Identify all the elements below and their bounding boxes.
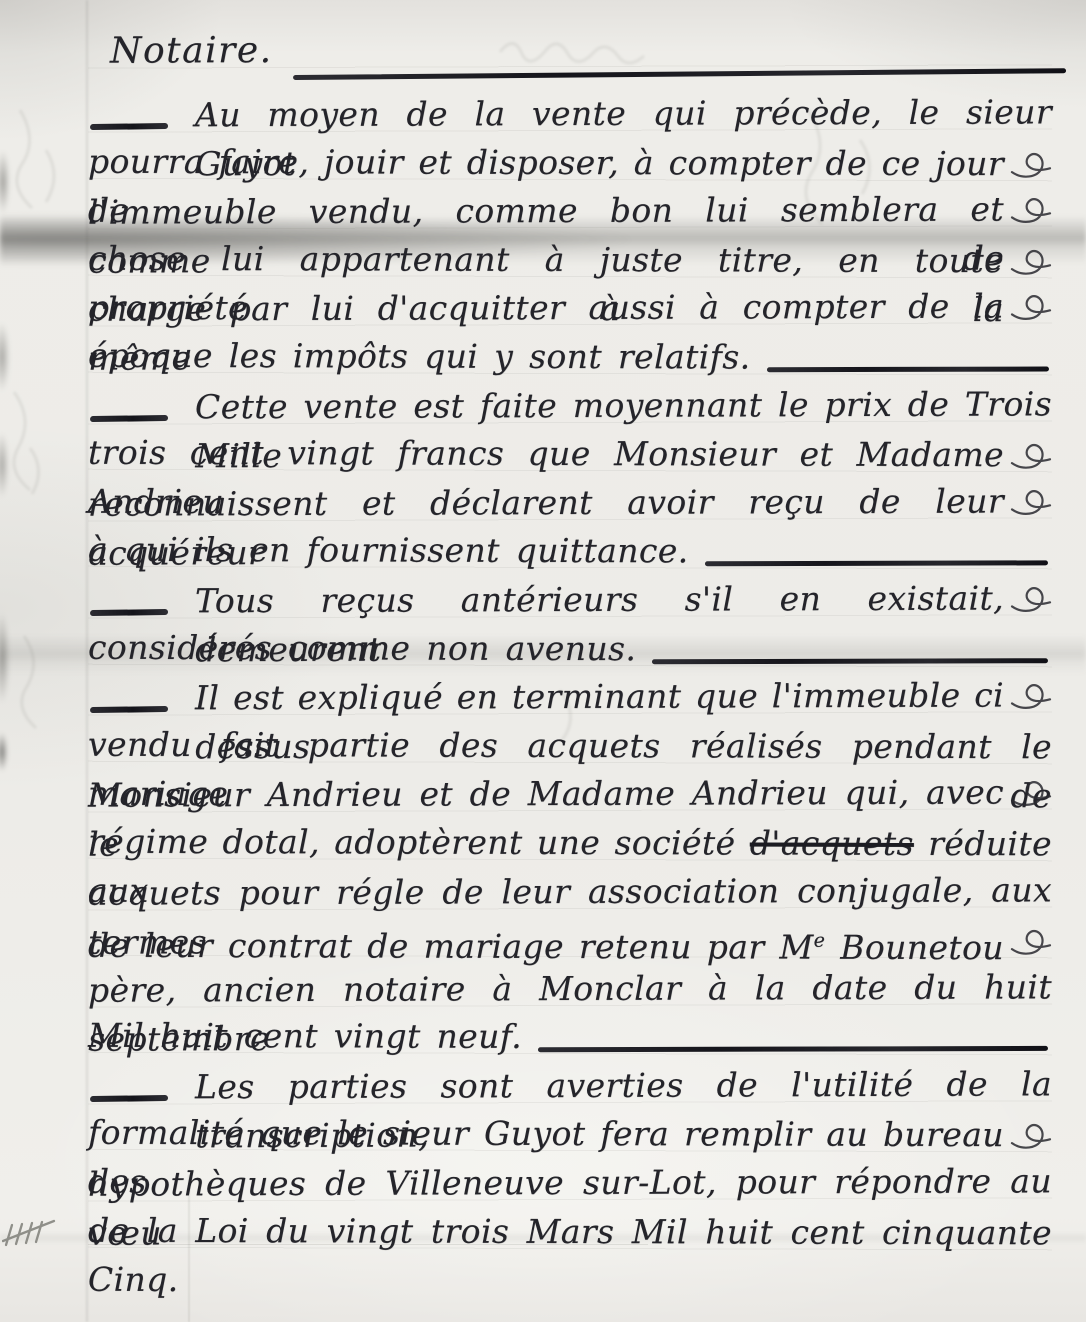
handwritten-text: régime dotal, adoptèrent une société d'a… — [88, 818, 1052, 869]
text-line: de leur contrat de mariage retenu par Me… — [88, 915, 1052, 966]
handwritten-text: Monsieur Andrieu et de Madame Andrieu qu… — [88, 769, 1004, 821]
text-line: de la Loi du vingt trois Mars Mil huit c… — [88, 1206, 1052, 1257]
pen-flourish-icon — [1010, 776, 1052, 816]
handwritten-text: Cette vente est faite moyennant le prix … — [195, 380, 1052, 432]
text-line: régime dotal, adoptèrent une société d'a… — [88, 818, 1052, 869]
text-line: formalité que le sieur Guyot fera rempli… — [88, 1109, 1052, 1160]
edge-smudge — [0, 732, 8, 772]
text-line: Au moyen de la vente qui précède, le sie… — [88, 88, 1052, 140]
text-line: l'immeuble vendu, comme bon lui semblera… — [88, 186, 1052, 238]
pen-flourish-icon — [1010, 290, 1052, 330]
text-segment: e — [814, 929, 826, 952]
text-line: reconnaissent et déclarent avoir reçu de… — [88, 477, 1052, 529]
handwritten-text: de leur contrat de mariage retenu par Me… — [88, 915, 1004, 966]
paragraph-fill-rule — [538, 1046, 1048, 1052]
paragraph-start-dash — [90, 1094, 168, 1101]
pen-flourish-icon — [1010, 147, 1052, 187]
text-line: charge par lui d'acquitter aussi à compt… — [88, 283, 1052, 335]
edge-smudge — [0, 150, 10, 214]
text-segment: régime dotal, adoptèrent une société — [88, 822, 750, 863]
handwritten-text: époque les impôts qui y sont relatifs. — [88, 332, 751, 382]
paragraph: Il est expliqué en terminant que l'immeu… — [88, 673, 1052, 1062]
handwritten-text: Mil huit cent vingt neuf. — [88, 1012, 522, 1062]
text-line: considérés comme non avenus. — [88, 623, 1052, 674]
text-segment: Bounetou — [825, 928, 1004, 967]
paragraph: Cette vente est faite moyennant le prix … — [88, 382, 1052, 576]
edge-smudge — [0, 612, 10, 704]
paragraph-start-dash — [90, 414, 168, 421]
text-line: acquets pour régle de leur association c… — [88, 866, 1052, 918]
text-line: père, ancien notaire à Monclar à la date… — [88, 963, 1052, 1015]
struck-word: d'acquets — [750, 823, 914, 862]
handwritten-text: Il est expliqué en terminant que l'immeu… — [195, 672, 1004, 723]
pen-flourish-icon — [1010, 679, 1052, 719]
text-line: Cette vente est faite moyennant le prix … — [88, 380, 1052, 432]
handwritten-text: de la Loi du vingt trois Mars Mil huit c… — [88, 1206, 1052, 1257]
heading-fill-rule — [293, 68, 1066, 80]
text-line: Les parties sont averties de l'utilité d… — [88, 1060, 1052, 1112]
paragraph-fill-rule — [705, 561, 1048, 566]
pen-flourish-icon — [1010, 925, 1052, 965]
handwritten-text: Tous reçus antérieurs s'il en existait, … — [195, 574, 1004, 625]
text-line: hypothèques de Villeneuve sur-Lot, pour … — [88, 1157, 1052, 1209]
handwritten-text: acquets pour régle de leur association c… — [88, 866, 1052, 918]
text-line: Monsieur Andrieu et de Madame Andrieu qu… — [88, 769, 1052, 821]
pen-flourish-icon — [1010, 1119, 1052, 1159]
paragraph-fill-rule — [766, 367, 1048, 372]
edge-smudge — [0, 432, 9, 498]
pen-flourish-icon — [1010, 245, 1052, 285]
handwritten-text: formalité que le sieur Guyot fera rempli… — [88, 1109, 1004, 1160]
text-line: à qui ils en fournissent quittance. — [88, 526, 1052, 577]
text-line: chose lui appartenant à juste titre, en … — [88, 235, 1052, 286]
handwritten-text: Les parties sont averties de l'utilité d… — [195, 1060, 1052, 1112]
paragraph: Au moyen de la vente qui précède, le sie… — [88, 90, 1052, 382]
text-line: Tous reçus antérieurs s'il en existait, … — [88, 574, 1052, 626]
text-line: Mil huit cent vingt neuf. — [88, 1012, 1052, 1063]
handwritten-text: charge par lui d'acquitter aussi à compt… — [88, 283, 1004, 335]
handwritten-text: père, ancien notaire à Monclar à la date… — [88, 963, 1052, 1015]
handwritten-text: Au moyen de la vente qui précède, le sie… — [195, 88, 1052, 140]
paragraph: Tous reçus antérieurs s'il en existait, … — [88, 576, 1052, 673]
handwritten-text: l'immeuble vendu, comme bon lui semblera… — [88, 186, 1004, 238]
edge-smudge — [0, 322, 10, 392]
handwritten-text: reconnaissent et déclarent avoir reçu de… — [88, 477, 1004, 529]
handwritten-text: à qui ils en fournissent quittance. — [88, 526, 689, 576]
text-line: vendu fait partie des acquets réalisés p… — [88, 720, 1052, 771]
paragraph-start-dash — [90, 706, 168, 713]
text-body: Notaire. Au moyen de la vente qui précèd… — [88, 26, 1052, 1256]
paragraph-start-dash — [90, 123, 168, 130]
text-line: Il est expliqué en terminant que l'immeu… — [88, 671, 1052, 723]
handwritten-text: chose lui appartenant à juste titre, en … — [88, 235, 1004, 286]
handwritten-text: hypothèques de Villeneuve sur-Lot, pour … — [88, 1157, 1052, 1209]
scanned-manuscript-page: Notaire. Au moyen de la vente qui précèd… — [0, 0, 1086, 1322]
handwritten-text: considérés comme non avenus. — [88, 623, 636, 673]
paragraph-fill-rule — [652, 658, 1048, 664]
pen-flourish-icon — [1010, 485, 1052, 525]
page-heading: Notaire. — [110, 27, 273, 92]
paragraph: Les parties sont averties de l'utilité d… — [88, 1062, 1052, 1256]
text-line: pourra faire, jouir et disposer, à compt… — [88, 137, 1052, 188]
pen-flourish-icon — [1010, 582, 1052, 622]
text-line: époque les impôts qui y sont relatifs. — [88, 332, 1052, 383]
text-segment: de leur contrat de mariage retenu par M — [88, 926, 814, 967]
pen-flourish-icon — [1010, 193, 1052, 233]
pen-flourish-icon — [1010, 439, 1052, 479]
text-line: trois cent vingt francs que Monsieur et … — [88, 429, 1052, 480]
tally-mark-icon — [2, 1218, 56, 1250]
heading-line: Notaire. — [88, 24, 1052, 91]
handwritten-text: vendu fait partie des acquets réalisés p… — [88, 720, 1052, 771]
handwritten-text: pourra faire, jouir et disposer, à compt… — [88, 137, 1004, 188]
paragraph-start-dash — [90, 609, 168, 616]
handwritten-text: trois cent vingt francs que Monsieur et … — [88, 429, 1004, 480]
